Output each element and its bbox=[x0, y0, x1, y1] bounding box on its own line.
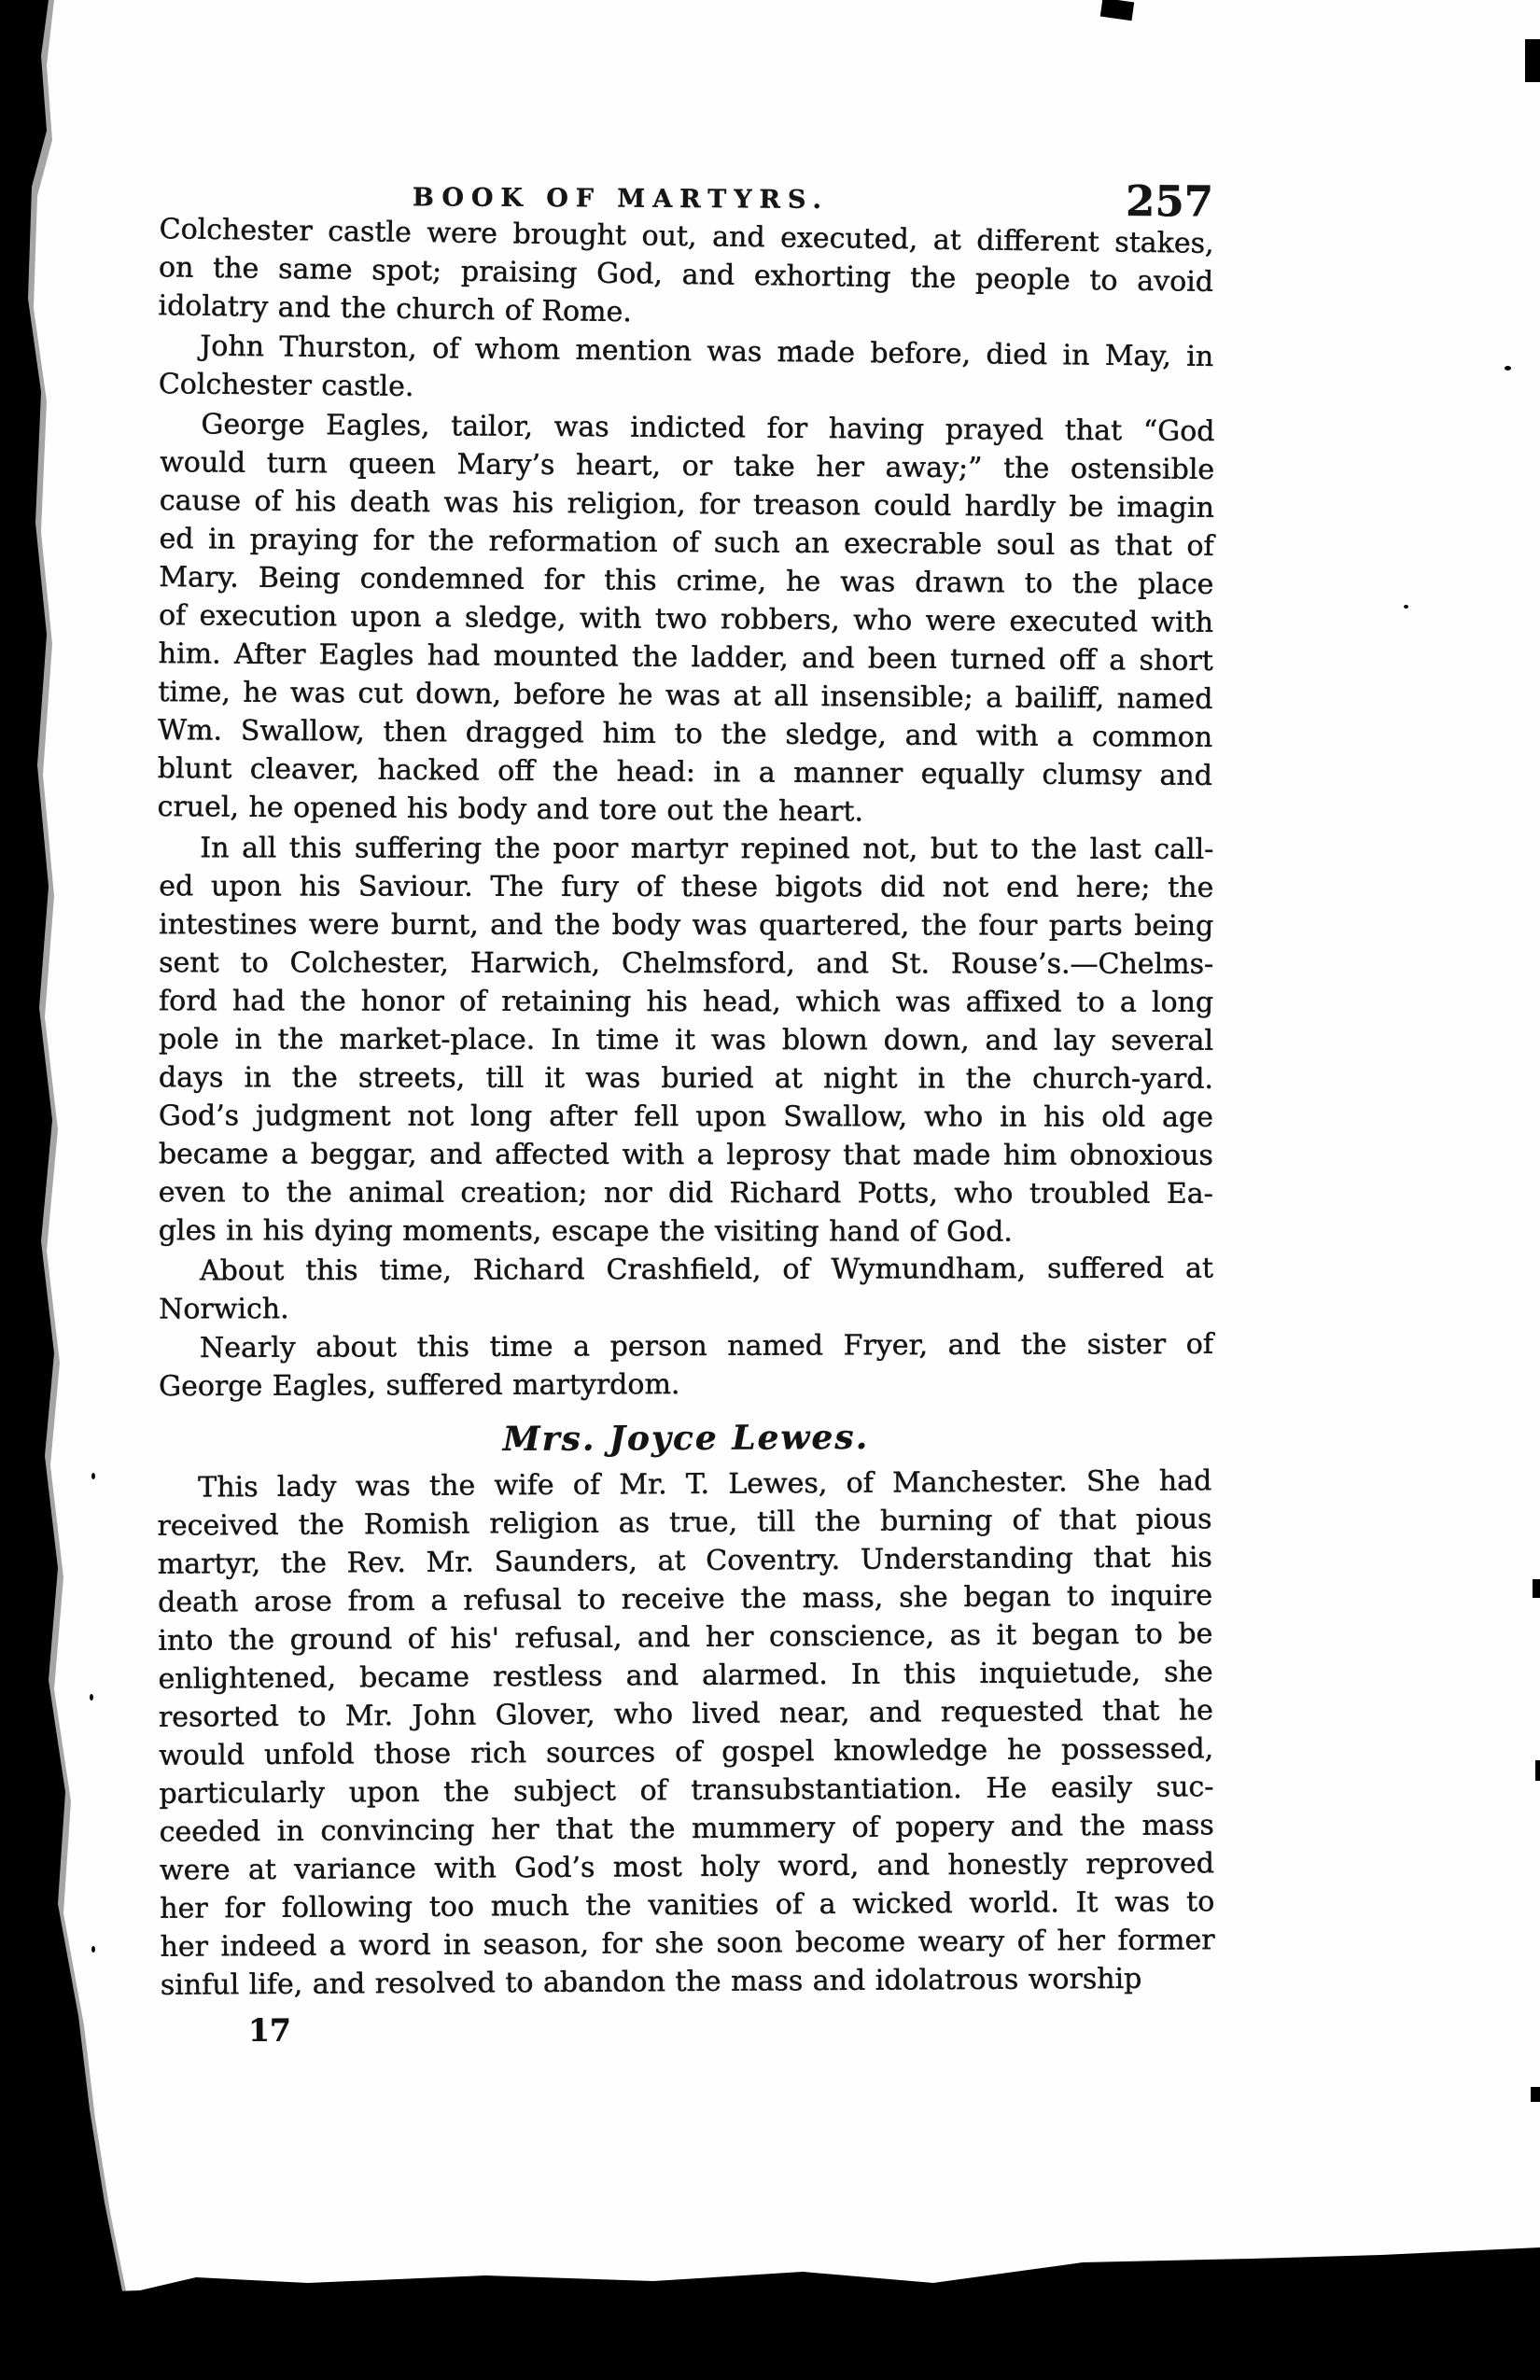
scan-speck-3 bbox=[1404, 605, 1408, 609]
text-line: even to the animal creation; nor did Ric… bbox=[159, 1173, 1213, 1213]
scan-edge-bottom bbox=[0, 2231, 1540, 2380]
text-line: ford had the honor of retaining his head… bbox=[159, 982, 1213, 1022]
text-line: sinful life, and resolved to abandon the… bbox=[161, 1959, 1215, 2004]
text-line: became a beggar, and affected with a lep… bbox=[159, 1135, 1213, 1175]
scan-mark-right-1 bbox=[1525, 39, 1540, 82]
paragraph: This lady was the wife of Mr. T. Lewes, … bbox=[157, 1462, 1215, 2004]
paragraph: In all this suffering the poor martyr re… bbox=[159, 829, 1214, 1252]
paragraph: George Eagles, tailor, was indicted for … bbox=[157, 405, 1214, 833]
paragraph: Nearly about this time a person named Fr… bbox=[159, 1325, 1213, 1406]
text-line: God’s judgment not long after fell upon … bbox=[159, 1097, 1213, 1137]
scan-edge-left bbox=[0, 0, 149, 2380]
scan-mark-top bbox=[1100, 0, 1134, 21]
scan-speck-5 bbox=[90, 1694, 93, 1701]
scan-speck-6 bbox=[91, 1946, 95, 1953]
signature-mark: 17 bbox=[159, 2007, 1213, 2050]
text-line: cruel, he opened his body and tore out t… bbox=[157, 788, 1211, 833]
text-line: intestines were burnt, and the body was … bbox=[159, 905, 1213, 945]
text-line: Nearly about this time a person named Fr… bbox=[159, 1325, 1213, 1367]
page-number: 257 bbox=[1126, 180, 1213, 223]
text-line: About this time, Richard Crashfield, of … bbox=[159, 1250, 1213, 1291]
text-line: sent to Colchester, Harwich, Chelmsford,… bbox=[159, 944, 1213, 984]
text-line: gles in his dying moments, escape the vi… bbox=[159, 1211, 1213, 1252]
scan-speck-4 bbox=[91, 1473, 95, 1479]
text-line: days in the streets, till it was buried … bbox=[159, 1058, 1213, 1099]
scanned-book-page: BOOK OF MARTYRS. 257 Colchester castle w… bbox=[0, 0, 1540, 2380]
text-line: Norwich. bbox=[159, 1288, 1213, 1329]
text-line: George Eagles, suffered martyrdom. bbox=[159, 1364, 1213, 1406]
scan-speck-1 bbox=[1505, 366, 1511, 371]
scan-mark-right-4 bbox=[1531, 2087, 1540, 2102]
running-title: BOOK OF MARTYRS. bbox=[413, 183, 829, 215]
text-line: pole in the market-place. In time it was… bbox=[159, 1020, 1213, 1060]
scan-mark-right-2 bbox=[1533, 1579, 1540, 1598]
scan-mark-right-3 bbox=[1535, 1760, 1540, 1781]
text-line: In all this suffering the poor martyr re… bbox=[159, 829, 1213, 869]
paragraph: Colchester castle were brought out, and … bbox=[158, 210, 1214, 340]
section-heading: Mrs. Joyce Lewes. bbox=[159, 1417, 1213, 1461]
paragraph: About this time, Richard Crashfield, of … bbox=[159, 1250, 1213, 1329]
text-line: ed upon his Saviour. The fury of these b… bbox=[159, 867, 1213, 907]
text-body: Colchester castle were brought out, and … bbox=[159, 217, 1213, 2046]
paragraph: John Thurston, of whom mention was made … bbox=[159, 327, 1214, 414]
